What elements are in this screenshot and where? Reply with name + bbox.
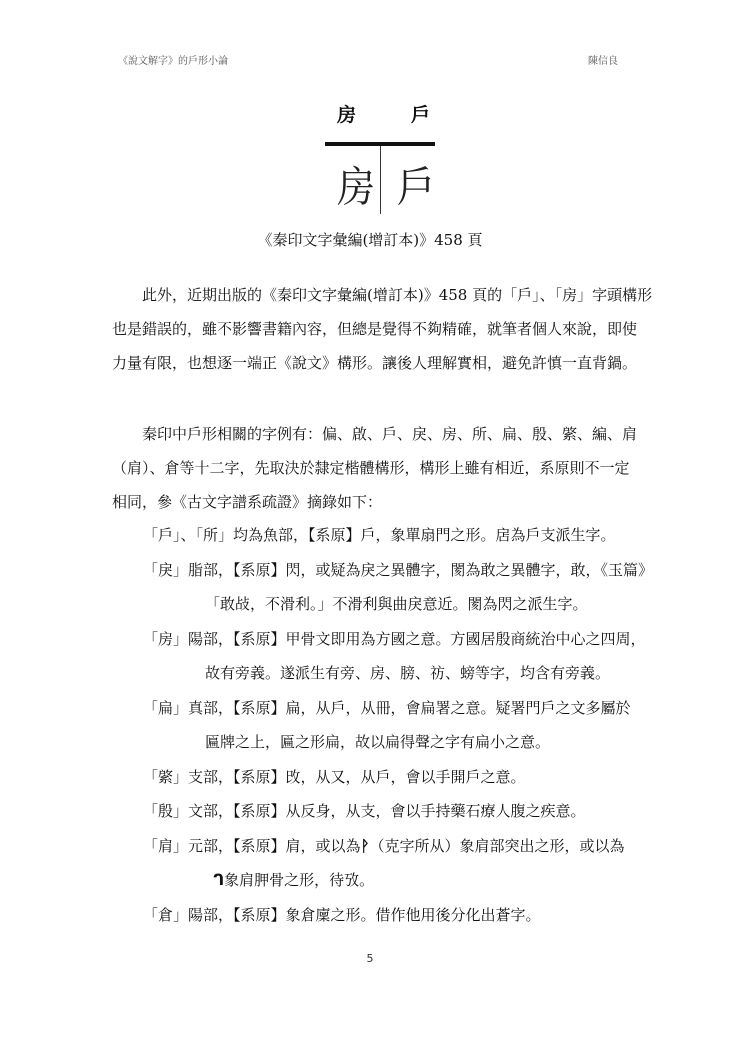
text-line: （肩）、倉等十二字，先取決於隸定楷體構形，構形上雖有相近，系原則不一定	[112, 451, 632, 485]
text-line: 力量有限，也想逐一端正《說文》構形。讓後人理解實相，避免許慎一直背鍋。	[112, 346, 632, 380]
page-header: 《說文解字》的戶形小論 陳信良	[118, 52, 618, 68]
entry-text: （克字所从）象肩部突出之形，或以為	[370, 837, 625, 855]
entry-line-continued: 故有旁義。遂派生有旁、房、膀、祊、螃等字，均含有旁義。	[143, 656, 663, 691]
figure-char-hu: 戶	[411, 100, 430, 127]
entry-line: 「倉」陽部，【系原】象倉廩之形。借作他用後分化出蒼字。	[143, 898, 663, 933]
entry-text: 象肩胛骨之形，待攷。	[224, 871, 374, 889]
entry-jian: 「肩」元部，【系原】肩，或以為ᚹ（克字所从）象肩部突出之形，或以為 ᒉ象肩胛骨之…	[143, 829, 663, 898]
entry-line-continued: ᒉ象肩胛骨之形，待攷。	[143, 863, 663, 898]
entry-line: 「殷」文部，【系原】从反身，从支，會以手持藥石療人腹之疾意。	[143, 794, 663, 829]
text-line: 此外，近期出版的《秦印文字彙編(增訂本)》458 頁的「戶」、「房」字頭構形	[112, 278, 632, 312]
paragraph-examples: 秦印中戶形相關的字例有：偏、啟、戶、戾、房、所、扁、殷、綮、編、肩 （肩）、倉等…	[112, 417, 632, 519]
seal-form-hu: 戶	[397, 153, 435, 214]
character-figure: 房 戶 房 戶	[325, 100, 455, 220]
entry-bian: 「扁」真部，【系原】扁，从戶，从冊，會扁署之意。疑署門戶之文多屬於 匾牌之上，匾…	[143, 691, 663, 760]
entry-line-continued: 匾牌之上，匾之形扁，故以扁得聲之字有扁小之意。	[143, 725, 663, 760]
entry-line: 「戾」脂部，【系原】閃，或疑為戾之異體字，閡為敢之異體字，敢，《玉篇》	[143, 553, 663, 588]
entry-fang: 「房」陽部，【系原】甲骨文即用為方國之意。方國居殷商統治中心之四周， 故有旁義。…	[143, 622, 663, 691]
figure-vertical-divider	[380, 146, 381, 214]
header-author: 陳信良	[588, 52, 618, 67]
entry-yin: 「殷」文部，【系原】从反身，从支，會以手持藥石療人腹之疾意。	[143, 794, 663, 829]
entry-li: 「戾」脂部，【系原】閃，或疑為戾之異體字，閡為敢之異體字，敢，《玉篇》 「敢敁，…	[143, 553, 663, 622]
entry-cang: 「倉」陽部，【系原】象倉廩之形。借作他用後分化出蒼字。	[143, 898, 663, 933]
text-line: 也是錯誤的，雖不影響書籍內容，但總是覺得不夠精確，就筆者個人來說，即使	[112, 312, 632, 346]
entry-line-continued: 「敢敁，不滑利。」不滑利與曲戾意近。閡為閃之派生字。	[143, 587, 663, 622]
figure-caption: 《秦印文字彙編(增訂本)》458 頁	[0, 229, 740, 250]
ancient-glyph-scapula-icon: ᒉ	[213, 863, 224, 898]
paragraph-intro: 此外，近期出版的《秦印文字彙編(增訂本)》458 頁的「戶」、「房」字頭構形 也…	[112, 278, 632, 380]
entry-hu-suo: 「戶」、「所」均為魚部，【系原】戶，象單扇門之形。扂為戶支派生字。	[143, 518, 663, 553]
entry-qi: 「綮」支部，【系原】攺，从又，从戶，會以手開戶之意。	[143, 760, 663, 795]
header-title: 《說文解字》的戶形小論	[118, 52, 228, 67]
entry-line: 「肩」元部，【系原】肩，或以為ᚹ（克字所从）象肩部突出之形，或以為	[143, 829, 663, 864]
entry-list: 「戶」、「所」均為魚部，【系原】戶，象單扇門之形。扂為戶支派生字。 「戾」脂部，…	[143, 518, 663, 932]
page-number: 5	[0, 952, 740, 965]
seal-form-fang: 房	[337, 153, 375, 214]
entry-text: 「肩」元部，【系原】肩，或以為	[143, 837, 361, 855]
entry-line: 「扁」真部，【系原】扁，从戶，从冊，會扁署之意。疑署門戶之文多屬於	[143, 691, 663, 726]
ancient-glyph-shoulder-icon: ᚹ	[361, 829, 370, 864]
text-line: 秦印中戶形相關的字例有：偏、啟、戶、戾、房、所、扁、殷、綮、編、肩	[112, 417, 632, 451]
entry-line: 「戶」、「所」均為魚部，【系原】戶，象單扇門之形。扂為戶支派生字。	[143, 518, 663, 553]
figure-char-fang: 房	[337, 100, 356, 127]
entry-line: 「房」陽部，【系原】甲骨文即用為方國之意。方國居殷商統治中心之四周，	[143, 622, 663, 657]
text-line: 相同，參《古文字譜系疏證》摘錄如下：	[112, 485, 632, 519]
entry-line: 「綮」支部，【系原】攺，从又，从戶，會以手開戶之意。	[143, 760, 663, 795]
